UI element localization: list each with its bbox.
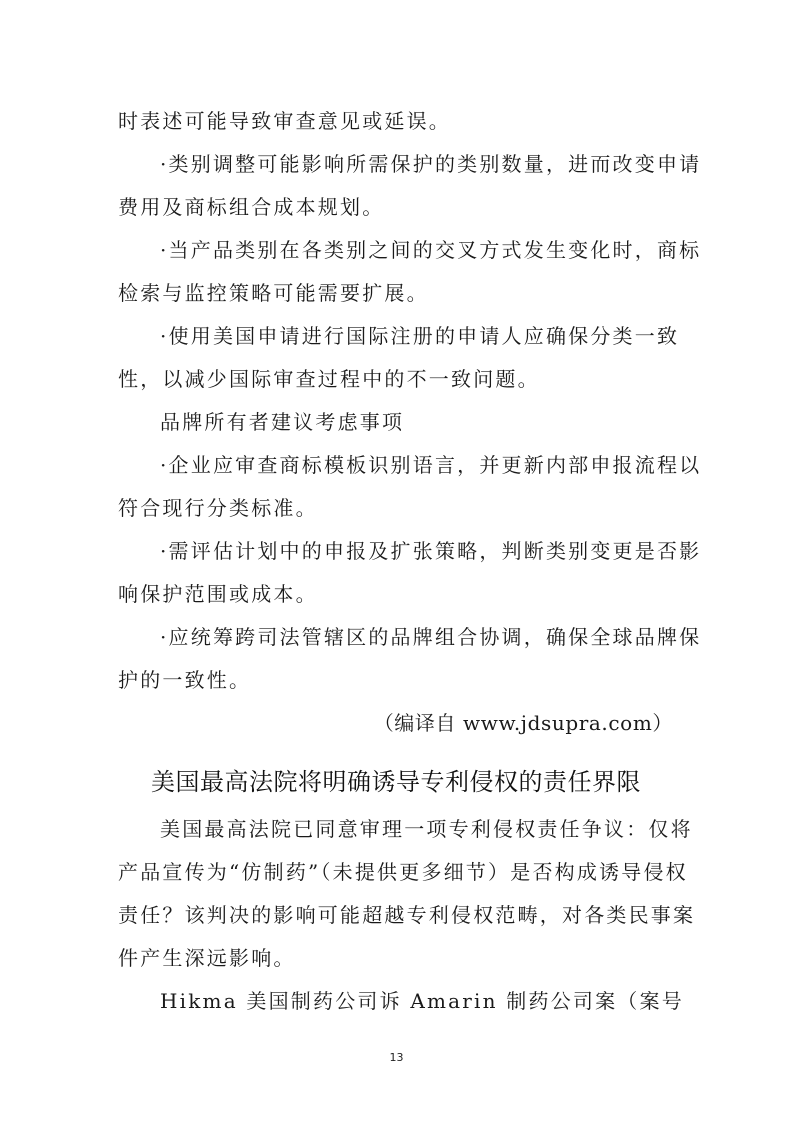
- paragraph-line: 产品宣传为“仿制药”（未提供更多细节）是否构成诱导侵权: [118, 859, 674, 885]
- document-page: 时表述可能导致审查意见或延误。 ·类别调整可能影响所需保护的类别数量，进而改变申…: [0, 0, 793, 1122]
- paragraph-line: 检索与监控策略可能需要扩展。: [118, 280, 674, 306]
- page-number: 13: [0, 1051, 793, 1064]
- paragraph-line: 时表述可能导致审查意见或延误。: [118, 108, 674, 134]
- bullet-line: ·需评估计划中的申报及扩张策略，判断类别变更是否影: [160, 538, 674, 564]
- source-citation: （编译自 www.jdsupra.com）: [374, 710, 673, 736]
- bullet-line: ·企业应审查商标模板识别语言，并更新内部申报流程以: [160, 452, 674, 478]
- paragraph-line: Hikma 美国制药公司诉 Amarin 制药公司案（案号: [160, 988, 674, 1014]
- paragraph-line: 性，以减少国际审查过程中的不一致问题。: [118, 366, 674, 392]
- paragraph-line: 件产生深远影响。: [118, 945, 674, 971]
- paragraph-line: 美国最高法院已同意审理一项专利侵权责任争议：仅将: [160, 816, 674, 842]
- article-heading: 美国最高法院将明确诱导专利侵权的责任界限: [118, 767, 674, 797]
- bullet-line: ·使用美国申请进行国际注册的申请人应确保分类一致: [160, 323, 674, 349]
- paragraph-line: 责任？该判决的影响可能超越专利侵权范畴，对各类民事案: [118, 902, 674, 928]
- paragraph-line: 符合现行分类标准。: [118, 495, 674, 521]
- bullet-line: ·应统筹跨司法管辖区的品牌组合协调，确保全球品牌保: [160, 624, 674, 650]
- subheading: 品牌所有者建议考虑事项: [160, 409, 674, 435]
- paragraph-line: 响保护范围或成本。: [118, 581, 674, 607]
- bullet-line: ·当产品类别在各类别之间的交叉方式发生变化时，商标: [160, 237, 674, 263]
- paragraph-line: 护的一致性。: [118, 667, 674, 693]
- paragraph-line: 费用及商标组合成本规划。: [118, 194, 674, 220]
- bullet-line: ·类别调整可能影响所需保护的类别数量，进而改变申请: [160, 151, 674, 177]
